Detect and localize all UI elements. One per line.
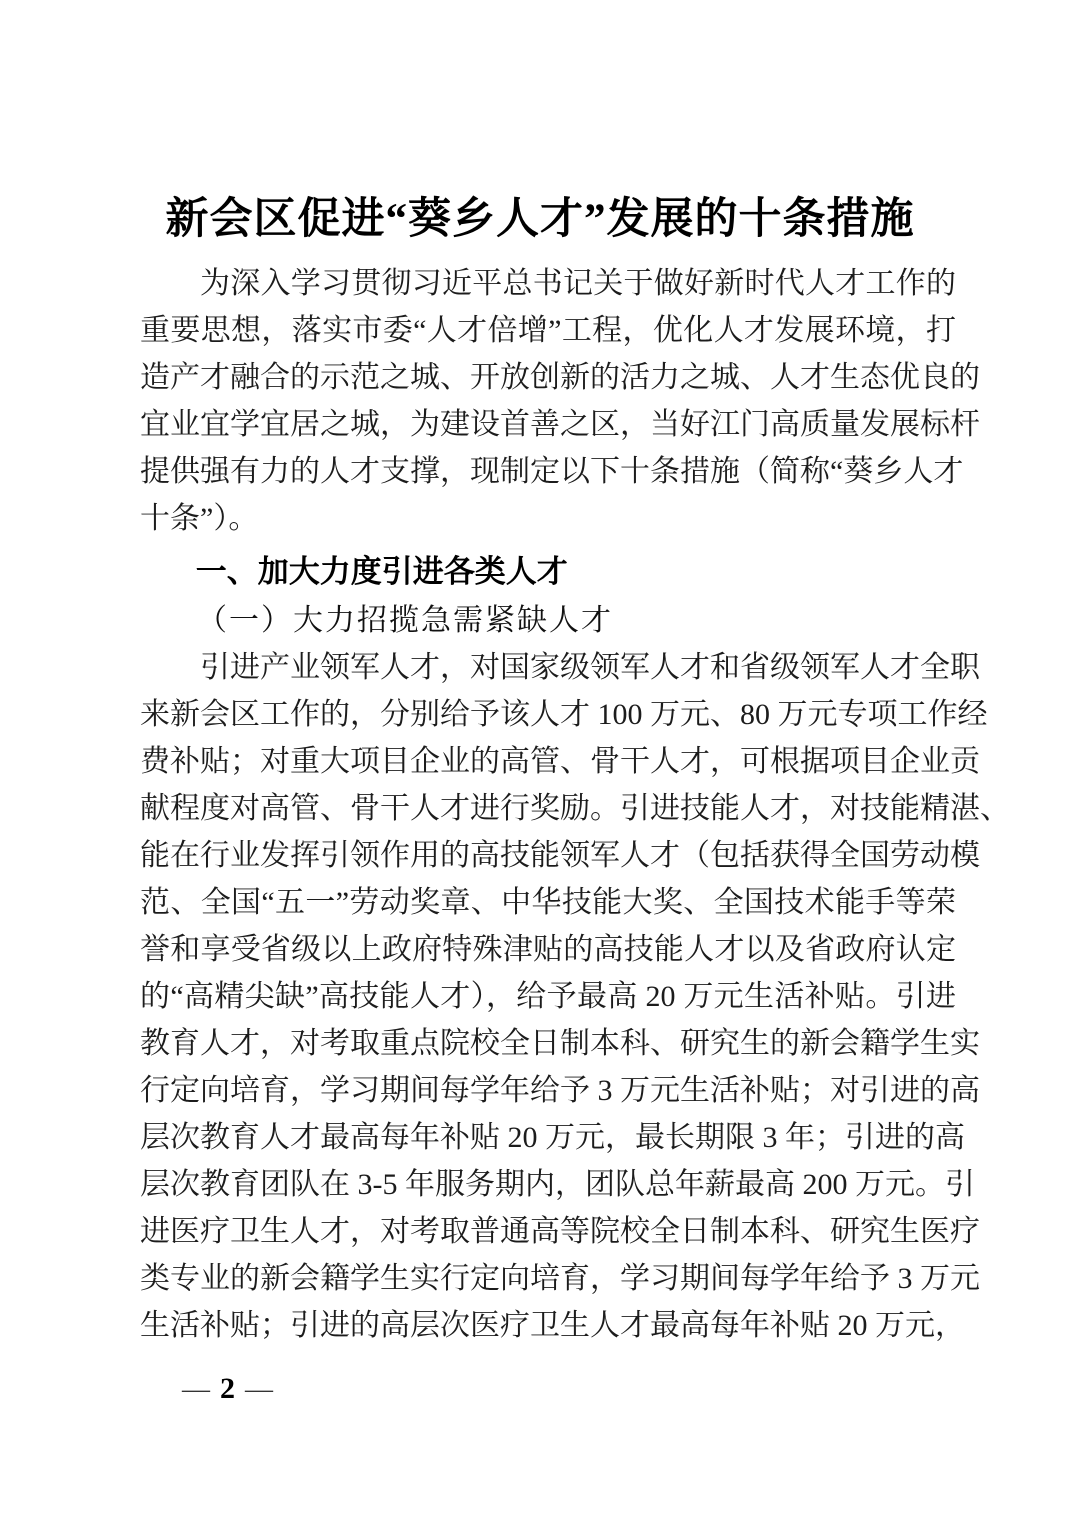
text-line: 为深入学习贯彻习近平总书记关于做好新时代人才工作的 — [140, 260, 956, 307]
text-line: 宜业宜学宜居之城，为建设首善之区，当好江门高质量发展标杆 — [140, 401, 956, 448]
footer-left-dash: — — [172, 1374, 220, 1405]
text-line: 十条”）。 — [140, 495, 956, 542]
text-line: 献程度对高管、骨干人才进行奖励。引进技能人才，对技能精湛、 — [140, 785, 956, 832]
text-line: 重要思想，落实市委“人才倍增”工程，优化人才发展环境，打 — [140, 307, 956, 354]
text-line: 费补贴；对重大项目企业的高管、骨干人才，可根据项目企业贡 — [140, 738, 956, 785]
footer-right-dash: — — [235, 1374, 283, 1405]
intro-paragraph: 为深入学习贯彻习近平总书记关于做好新时代人才工作的 重要思想，落实市委“人才倍增… — [140, 260, 956, 542]
text-line: 能在行业发挥引领作用的高技能领军人才（包括获得全国劳动模 — [140, 832, 956, 879]
text-line: 范、全国“五一”劳动奖章、中华技能大奖、全国技术能手等荣 — [140, 879, 956, 926]
text-line: 造产才融合的示范之城、开放创新的活力之城、人才生态优良的 — [140, 354, 956, 401]
text-line: 来新会区工作的，分别给予该人才 100 万元、80 万元专项工作经 — [140, 691, 956, 738]
text-line: 行定向培育，学习期间每学年给予 3 万元生活补贴；对引进的高 — [140, 1067, 956, 1114]
section-heading: 一、加大力度引进各类人才 — [140, 548, 956, 595]
document-title: 新会区促进“葵乡人才”发展的十条措施 — [0, 185, 1080, 246]
text-line: 引进产业领军人才，对国家级领军人才和省级领军人才全职 — [140, 644, 956, 691]
text-line: 层次教育人才最高每年补贴 20 万元，最长期限 3 年；引进的高 — [140, 1114, 956, 1161]
text-line: 类专业的新会籍学生实行定向培育，学习期间每学年给予 3 万元 — [140, 1255, 956, 1302]
text-line: 层次教育团队在 3-5 年服务期内，团队总年薪最高 200 万元。引 — [140, 1161, 956, 1208]
page-number: —2— — [172, 1372, 283, 1406]
footer-page-number: 2 — [220, 1372, 235, 1405]
text-line: 提供强有力的人才支撑，现制定以下十条措施（简称“葵乡人才 — [140, 448, 956, 495]
text-line: 的“高精尖缺”高技能人才），给予最高 20 万元生活补贴。引进 — [140, 973, 956, 1020]
document-page: 新会区促进“葵乡人才”发展的十条措施 为深入学习贯彻习近平总书记关于做好新时代人… — [0, 0, 1080, 1527]
text-line: 生活补贴；引进的高层次医疗卫生人才最高每年补贴 20 万元， — [140, 1302, 956, 1349]
text-line: 进医疗卫生人才，对考取普通高等院校全日制本科、研究生医疗 — [140, 1208, 956, 1255]
subsection-heading: （一）大力招揽急需紧缺人才 — [140, 597, 956, 644]
text-line: 教育人才，对考取重点院校全日制本科、研究生的新会籍学生实 — [140, 1020, 956, 1067]
body-paragraph: 引进产业领军人才，对国家级领军人才和省级领军人才全职 来新会区工作的，分别给予该… — [140, 644, 956, 1349]
text-line: 誉和享受省级以上政府特殊津贴的高技能人才以及省政府认定 — [140, 926, 956, 973]
